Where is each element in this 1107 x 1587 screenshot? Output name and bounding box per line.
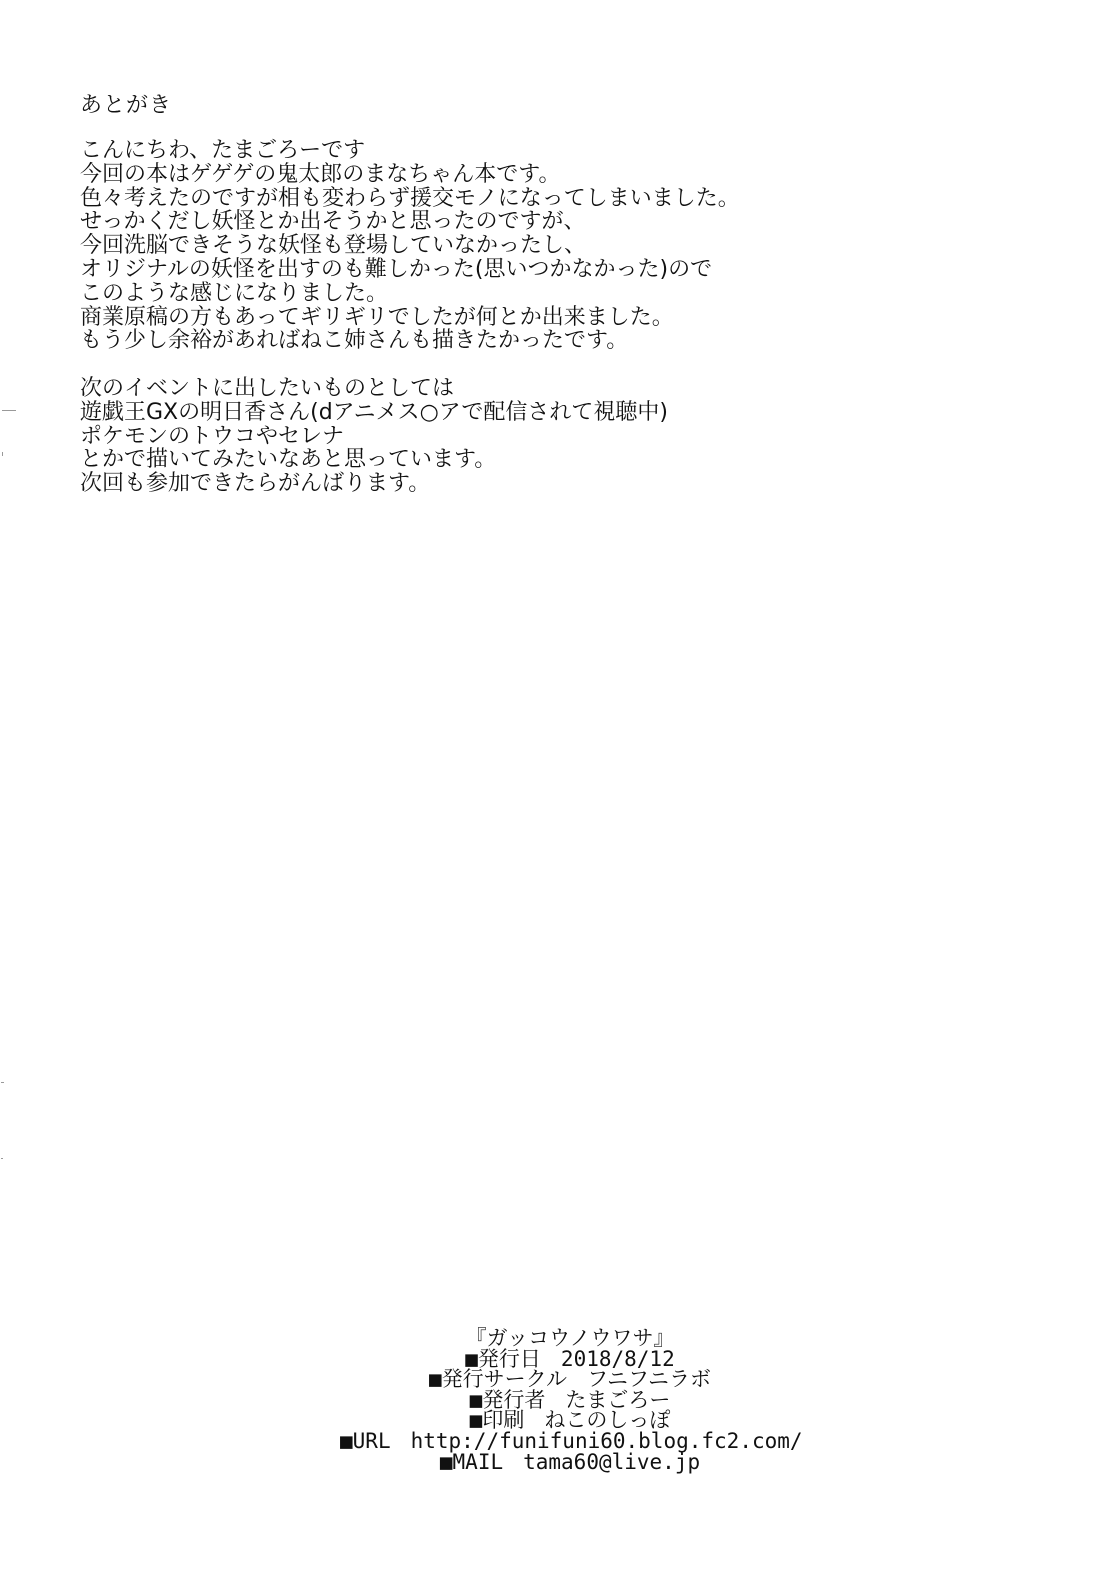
text-line: こんにちわ、たまごろーです xyxy=(80,139,740,163)
square-bullet-icon: ■ xyxy=(429,1367,442,1391)
text-line: このような感じになりました。 xyxy=(80,282,740,306)
scan-mark xyxy=(1,1158,3,1159)
text-line: 遊戯王GXの明日香さん(dアニメス○アで配信されて視聴中) xyxy=(80,401,668,425)
square-bullet-icon: ■ xyxy=(340,1429,353,1453)
afterword-paragraph-1: こんにちわ、たまごろーです 今回の本はゲゲゲの鬼太郎のまなちゃん本です。 色々考… xyxy=(80,139,740,353)
text-line: ポケモンのトウコやセレナ xyxy=(80,425,668,449)
text-line: 今回の本はゲゲゲの鬼太郎のまなちゃん本です。 xyxy=(80,163,740,187)
scan-mark xyxy=(1,1082,4,1083)
colophon-label: URL xyxy=(353,1429,391,1453)
colophon-label: MAIL xyxy=(453,1450,504,1474)
colophon-mail: ■MAILtama60@live.jp xyxy=(340,1452,800,1473)
scan-mark xyxy=(2,410,16,411)
colophon-circle: ■発行サークルフニフニラボ xyxy=(340,1369,800,1390)
square-bullet-icon: ■ xyxy=(440,1450,453,1474)
scan-mark xyxy=(2,452,3,456)
book-title: 『ガッコウノウワサ』 xyxy=(340,1328,800,1349)
colophon-publisher: ■発行者たまごろー xyxy=(340,1390,800,1411)
text-line: とかで描いてみたいなあと思っています。 xyxy=(80,448,668,472)
colophon: 『ガッコウノウワサ』 ■発行日2018/8/12 ■発行サークルフニフニラボ ■… xyxy=(340,1328,800,1472)
colophon-url: ■URLhttp://funifuni60.blog.fc2.com/ xyxy=(340,1431,800,1452)
afterword-paragraph-2: 次のイベントに出したいものとしては 遊戯王GXの明日香さん(dアニメス○アで配信… xyxy=(80,377,668,496)
text-line: せっかくだし妖怪とか出そうかと思ったのですが、 xyxy=(80,210,740,234)
email-link[interactable]: tama60@live.jp xyxy=(523,1450,700,1474)
afterword-heading: あとがき xyxy=(80,93,172,119)
text-line: オリジナルの妖怪を出すのも難しかった(思いつかなかった)ので xyxy=(80,258,740,282)
text-line: 次のイベントに出したいものとしては xyxy=(80,377,668,401)
text-line: 今回洗脳できそうな妖怪も登場していなかったし、 xyxy=(80,234,740,258)
document-page: あとがき こんにちわ、たまごろーです 今回の本はゲゲゲの鬼太郎のまなちゃん本です… xyxy=(0,0,1107,1587)
text-line: もう少し余裕があればねこ姉さんも描きたかったです。 xyxy=(80,329,740,353)
colophon-publish-date: ■発行日2018/8/12 xyxy=(340,1349,800,1370)
text-line: 次回も参加できたらがんばります。 xyxy=(80,472,668,496)
text-line: 色々考えたのですが相も変わらず援交モノになってしまいました。 xyxy=(80,187,740,211)
colophon-printer: ■印刷ねこのしっぽ xyxy=(340,1410,800,1431)
text-line: 商業原稿の方もあってギリギリでしたが何とか出来ました。 xyxy=(80,306,740,330)
